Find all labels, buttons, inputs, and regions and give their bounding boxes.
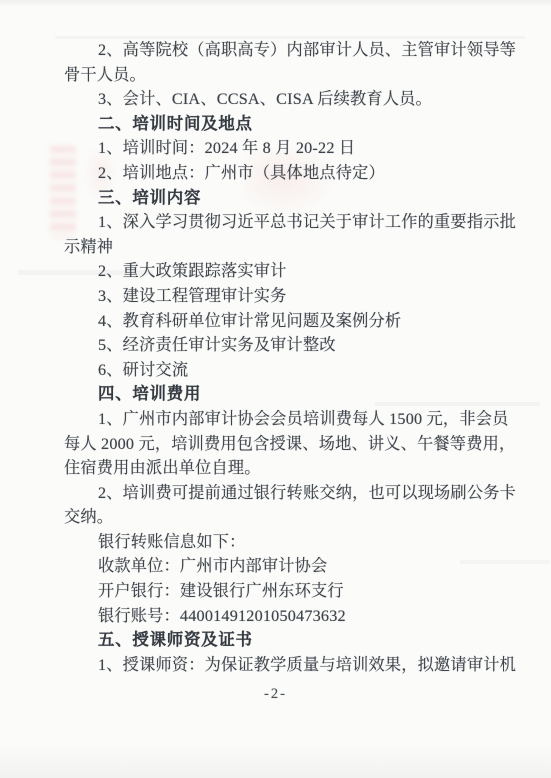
text-line: 交纳。: [64, 505, 512, 530]
text-line: 2、重大政策跟踪落实审计: [64, 259, 512, 284]
text-line: 3、建设工程管理审计实务: [64, 284, 512, 309]
text-line: 1、授课师资：为保证教学质量与培训效果，拟邀请审计机: [64, 653, 512, 678]
text-line: 2、高等院校（高职高专）内部审计人员、主管审计领导等: [64, 38, 512, 63]
text-line: 开户银行：建设银行广州东环支行: [64, 579, 512, 604]
scan-edge-shadow-top: [0, 0, 551, 7]
text-line: 3、会计、CIA、CCSA、CISA 后续教育人员。: [64, 87, 512, 112]
document-body: 2、高等院校（高职高专）内部审计人员、主管审计领导等骨干人员。3、会计、CIA、…: [64, 38, 512, 677]
text-line: 银行账号：44001491201050473632: [64, 604, 512, 629]
text-line: 骨干人员。: [64, 63, 512, 88]
section-heading: 二、培训时间及地点: [64, 112, 512, 137]
section-heading: 三、培训内容: [64, 186, 512, 211]
text-line: 6、研讨交流: [64, 358, 512, 383]
text-line: 收款单位：广州市内部审计协会: [64, 554, 512, 579]
text-line: 4、教育科研单位审计常见问题及案例分析: [64, 309, 512, 334]
text-line: 1、培训时间：2024 年 8 月 20-22 日: [64, 136, 512, 161]
scan-edge-shadow-bottom: [0, 744, 551, 778]
text-line: 2、培训费可提前通过银行转账交纳，也可以现场刷公务卡: [64, 481, 512, 506]
section-heading: 五、授课师资及证书: [64, 628, 512, 653]
page-number: -2-: [0, 686, 551, 703]
text-line: 每人 2000 元，培训费用包含授课、场地、讲义、午餐等费用，: [64, 432, 512, 457]
text-line: 1、深入学习贯彻习近平总书记关于审计工作的重要指示批: [64, 210, 512, 235]
section-heading: 四、培训费用: [64, 382, 512, 407]
text-line: 1、广州市内部审计协会会员培训费每人 1500 元，非会员: [64, 407, 512, 432]
document-page: 2、高等院校（高职高专）内部审计人员、主管审计领导等骨干人员。3、会计、CIA、…: [0, 0, 551, 778]
text-line: 2、培训地点：广州市（具体地点待定）: [64, 161, 512, 186]
text-line: 5、经济责任审计实务及审计整改: [64, 333, 512, 358]
text-line: 示精神: [64, 235, 512, 260]
text-line: 银行转账信息如下：: [64, 530, 512, 555]
text-line: 住宿费用由派出单位自理。: [64, 456, 512, 481]
